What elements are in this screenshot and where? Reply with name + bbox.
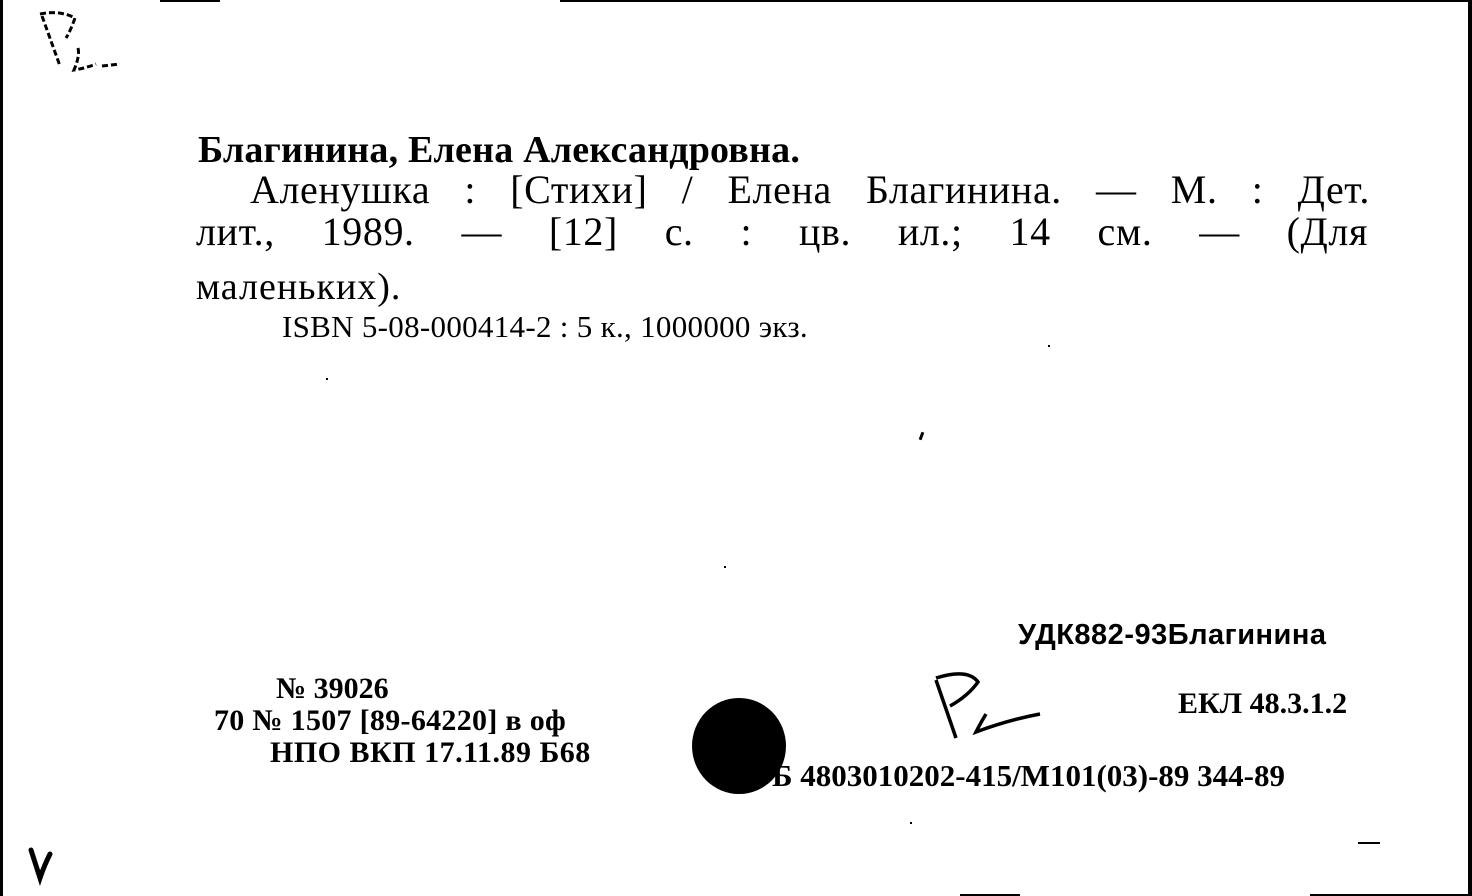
description-word: с. — [665, 212, 694, 252]
description-word: (Для — [1287, 212, 1368, 252]
description-line-3: маленьких). — [196, 268, 401, 306]
description-word: Аленушка — [250, 170, 430, 210]
isbn-line: ISBN 5-08-000414-2 : 5 к., 1000000 экз. — [282, 311, 808, 342]
description-word: / — [682, 170, 694, 210]
card-edge-right — [1468, 0, 1472, 896]
description-word: лит., — [196, 212, 275, 252]
handwritten-mark-top-left — [30, 8, 120, 78]
description-word: 1989. — [322, 212, 415, 252]
description-word: цв. — [799, 212, 851, 252]
udk-classification: УДК882-93Благинина — [1018, 621, 1327, 650]
card-edge-left — [0, 0, 3, 896]
description-line-1: Аленушка:[Стихи]/ЕленаБлагинина.—М.:Дет. — [250, 170, 1370, 210]
catalog-card: Благинина, Елена Александровна. Аленушка… — [0, 0, 1472, 896]
description-word: Елена — [728, 170, 832, 210]
checkmark-icon — [28, 846, 58, 886]
description-word: — — [1096, 170, 1137, 210]
print-order-info: 70 № 1507 [89-64220] в оф — [214, 706, 566, 736]
description-word: Дет. — [1298, 170, 1370, 210]
bbk-code-line: Б 4803010202-415/М101(03)-89 344-89 — [772, 760, 1285, 791]
description-word: — — [461, 212, 502, 252]
scan-speck — [1358, 842, 1380, 844]
description-word: М. — [1171, 170, 1218, 210]
order-number: № 39026 — [276, 674, 389, 704]
ekl-classification: ЕКЛ 48.3.1.2 — [1178, 689, 1347, 719]
scan-speck — [919, 432, 925, 441]
description-word: : — [1252, 170, 1264, 210]
card-edge-top-fragment — [160, 0, 220, 2]
description-word: : — [464, 170, 476, 210]
scan-speck — [326, 378, 328, 380]
scan-speck — [1048, 345, 1050, 347]
description-word: [Стихи] — [510, 170, 647, 210]
author-heading: Благинина, Елена Александровна. — [198, 131, 800, 169]
scan-speck — [724, 566, 726, 568]
description-word: ил.; — [898, 212, 963, 252]
description-word: — — [1199, 212, 1240, 252]
handwritten-mark-middle — [928, 664, 1048, 744]
printing-info: НПО ВКП 17.11.89 Б68 — [270, 738, 591, 768]
card-edge-top — [560, 0, 1472, 2]
description-word: Благинина. — [866, 170, 1062, 210]
description-word: 14 — [1010, 212, 1051, 252]
scan-speck — [910, 822, 912, 824]
description-word: [12] — [549, 212, 618, 252]
description-line-2: лит.,1989.—[12]с.:цв.ил.;14см.—(Для — [196, 212, 1368, 252]
description-word: : — [740, 212, 752, 252]
description-word: см. — [1098, 212, 1153, 252]
